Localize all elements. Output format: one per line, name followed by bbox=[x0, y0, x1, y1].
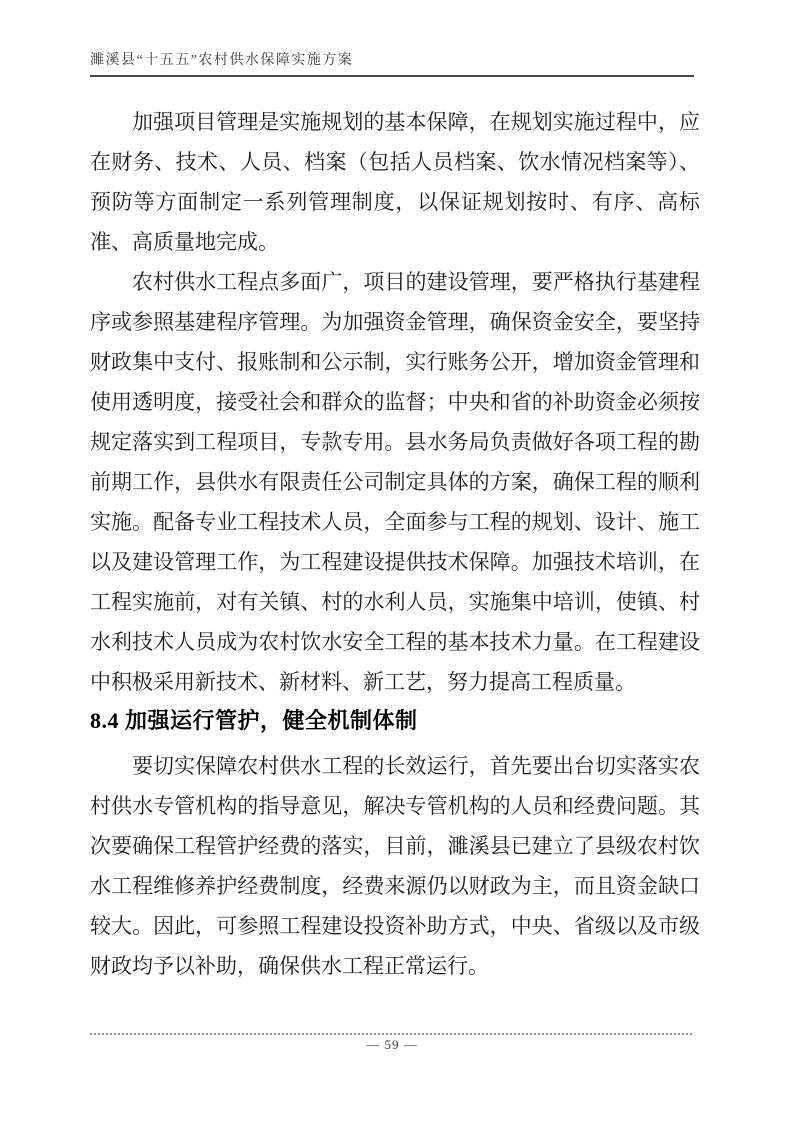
paragraph-operation-maintenance: 要切实保障农村供水工程的长效运行，首先要出台切实落实农村供水专管机构的指导意见，… bbox=[90, 746, 700, 986]
header-rule bbox=[90, 75, 694, 77]
document-page: 濉溪县“十五五”农村供水保障实施方案 加强项目管理是实施规划的基本保障，在规划实… bbox=[0, 0, 793, 1122]
header-document-title: 濉溪县“十五五”农村供水保障实施方案 bbox=[90, 52, 694, 70]
page-number: — 59 — bbox=[90, 1037, 694, 1053]
page-header: 濉溪县“十五五”农村供水保障实施方案 bbox=[90, 52, 694, 77]
document-body: 加强项目管理是实施规划的基本保障，在规划实施过程中，应在财务、技术、人员、档案（… bbox=[90, 78, 700, 986]
paragraph-project-management: 加强项目管理是实施规划的基本保障，在规划实施过程中，应在财务、技术、人员、档案（… bbox=[90, 102, 700, 262]
page-footer: — 59 — bbox=[90, 1033, 694, 1053]
footer-rule bbox=[90, 1033, 694, 1035]
paragraph-construction-fund-management: 农村供水工程点多面广，项目的建设管理，要严格执行基建程序或参照基建程序管理。为加… bbox=[90, 262, 700, 702]
section-heading-8-4: 8.4 加强运行管护，健全机制体制 bbox=[90, 706, 700, 736]
